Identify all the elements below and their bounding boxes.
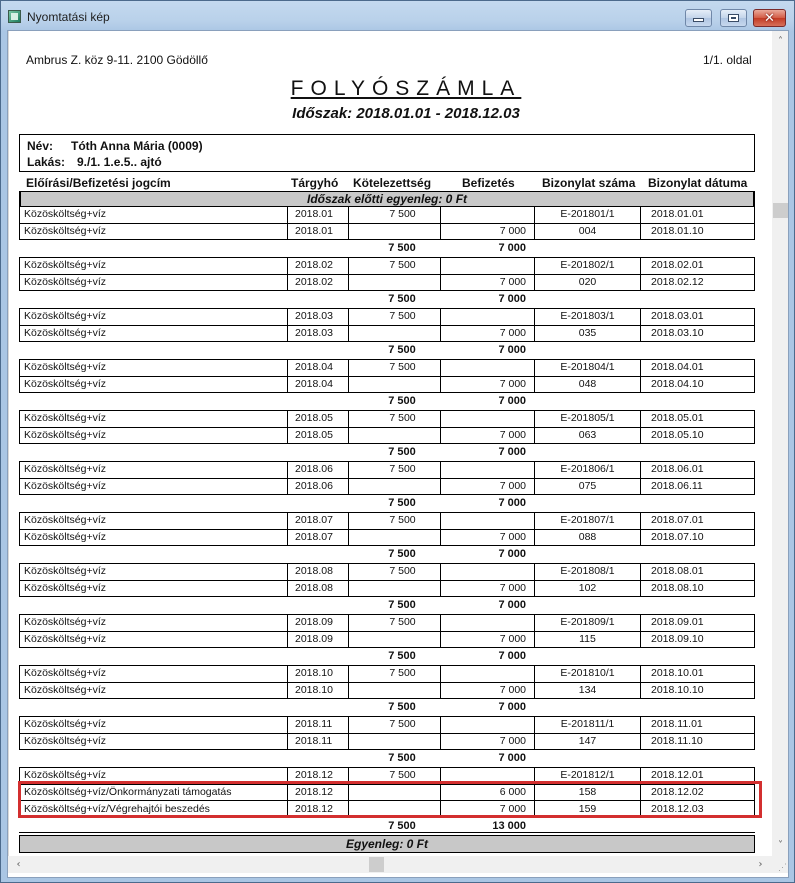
horizontal-scrollbar[interactable]: ‹ › [8, 856, 772, 873]
cell-payment: 7 000 [440, 478, 534, 495]
subtotal-row: 7 5007 000 [19, 699, 755, 716]
cell-obligation: 7 500 [348, 767, 440, 785]
column-header-month: Tárgyhó [291, 176, 338, 190]
cell-payment [440, 767, 534, 785]
minimize-icon [693, 18, 704, 22]
maximize-icon [728, 14, 739, 22]
cell-title: Közösköltség+víz [19, 665, 287, 683]
cell-title: Közösköltség+víz [19, 461, 287, 479]
app-icon [8, 10, 21, 23]
scroll-right-icon[interactable]: › [752, 856, 769, 873]
subtotal-obligation: 7 500 [348, 750, 440, 766]
page-indicator: 1/1. oldal [703, 53, 752, 67]
cell-month: 2018.02 [287, 257, 348, 275]
cell-month: 2018.01 [287, 223, 348, 240]
cell-month: 2018.08 [287, 563, 348, 581]
cell-payment [440, 308, 534, 326]
cell-month: 2018.05 [287, 427, 348, 444]
cell-doc-no: 159 [534, 801, 640, 818]
cell-title: Közösköltség+víz [19, 614, 287, 632]
cell-doc-date: 2018.09.01 [640, 614, 755, 632]
cell-doc-no: 075 [534, 478, 640, 495]
cell-doc-no: E-201808/1 [534, 563, 640, 581]
table-row: Közösköltség+víz2018.067 0000752018.06.1… [19, 478, 755, 495]
table-row: Közösköltség+víz2018.097 0001152018.09.1… [19, 631, 755, 648]
cell-obligation [348, 223, 440, 240]
cell-payment: 7 000 [440, 733, 534, 750]
subtotal-row: 7 5007 000 [19, 648, 755, 665]
cell-doc-date: 2018.03.10 [640, 325, 755, 342]
table-row: Közösköltség+víz2018.017 0000042018.01.1… [19, 223, 755, 240]
cell-payment: 7 000 [440, 529, 534, 546]
cell-title: Közösköltség+víz [19, 427, 287, 444]
subtotal-obligation: 7 500 [348, 393, 440, 409]
subtotal-payment: 7 000 [440, 699, 534, 715]
cell-title: Közösköltség+víz [19, 563, 287, 581]
cell-month: 2018.11 [287, 716, 348, 734]
cell-doc-date: 2018.01.01 [640, 206, 755, 224]
table-row: Közösköltség+víz2018.097 500E-201809/120… [19, 614, 755, 631]
cell-doc-date: 2018.09.10 [640, 631, 755, 648]
cell-payment [440, 563, 534, 581]
cell-doc-no: E-201801/1 [534, 206, 640, 224]
closing-balance-band: Egyenleg: 0 Ft [19, 835, 755, 853]
cell-month: 2018.04 [287, 376, 348, 393]
cell-doc-no: E-201803/1 [534, 308, 640, 326]
cell-doc-no: 004 [534, 223, 640, 240]
cell-title: Közösköltség+víz [19, 512, 287, 530]
cell-obligation [348, 580, 440, 597]
cell-obligation [348, 376, 440, 393]
name-line: Név:Tóth Anna Mária (0009) [27, 139, 203, 153]
table-row: Közösköltség+víz2018.117 0001472018.11.1… [19, 733, 755, 750]
cell-payment [440, 512, 534, 530]
cell-month: 2018.12 [287, 767, 348, 785]
cell-doc-date: 2018.04.10 [640, 376, 755, 393]
flat-label: Lakás: [27, 155, 77, 169]
subtotal-obligation: 7 500 [348, 699, 440, 715]
table-row: Közösköltség+víz2018.077 500E-201807/120… [19, 512, 755, 529]
table-row: Közösköltség+víz2018.107 500E-201810/120… [19, 665, 755, 682]
cell-doc-date: 2018.02.12 [640, 274, 755, 291]
column-header-obligation: Kötelezettség [353, 176, 431, 190]
subtotal-obligation: 7 500 [348, 291, 440, 307]
maximize-button[interactable] [720, 9, 747, 27]
subtotal-payment: 7 000 [440, 648, 534, 664]
size-grip[interactable] [772, 856, 789, 873]
cell-doc-date: 2018.03.01 [640, 308, 755, 326]
cell-title: Közösköltség+víz [19, 206, 287, 224]
cell-title: Közösköltség+víz [19, 631, 287, 648]
subtotal-obligation: 7 500 [348, 546, 440, 562]
cell-obligation: 7 500 [348, 512, 440, 530]
cell-payment [440, 410, 534, 428]
cell-obligation [348, 631, 440, 648]
cell-month: 2018.10 [287, 665, 348, 683]
subtotal-obligation: 7 500 [348, 342, 440, 358]
report-title: FOLYÓSZÁMLA [9, 77, 773, 101]
subtotal-row: 7 5007 000 [19, 291, 755, 308]
cell-payment: 7 000 [440, 427, 534, 444]
scroll-up-icon[interactable]: ˄ [772, 33, 789, 50]
cell-month: 2018.05 [287, 410, 348, 428]
flat-value: 9./1. 1.e.5.. ajtó [77, 155, 162, 169]
cell-month: 2018.12 [287, 801, 348, 818]
window-title: Nyomtatási kép [27, 10, 110, 24]
subtotal-payment: 7 000 [440, 342, 534, 358]
cell-doc-no: 158 [534, 784, 640, 801]
cell-doc-no: E-201807/1 [534, 512, 640, 530]
horizontal-scroll-thumb[interactable] [369, 857, 384, 872]
cell-obligation [348, 427, 440, 444]
subtotal-row: 7 5007 000 [19, 444, 755, 461]
cell-doc-date: 2018.04.01 [640, 359, 755, 377]
cell-doc-date: 2018.11.01 [640, 716, 755, 734]
cell-doc-no: 102 [534, 580, 640, 597]
cell-title: Közösköltség+víz [19, 257, 287, 275]
close-button[interactable]: ✕ [753, 9, 786, 27]
cell-doc-no: E-201810/1 [534, 665, 640, 683]
vertical-scrollbar[interactable]: ˄ ˅ [772, 31, 789, 856]
table-row: Közösköltség+víz/Végrehajtói beszedés201… [19, 801, 755, 818]
table-row: Közösköltség+víz2018.027 0000202018.02.1… [19, 274, 755, 291]
cell-obligation: 7 500 [348, 410, 440, 428]
table-row: Közösköltség+víz2018.017 500E-201801/120… [19, 206, 755, 223]
title-bar[interactable]: Nyomtatási kép ✕ [1, 1, 794, 32]
report-page: Ambrus Z. köz 9-11. 2100 Gödöllő 1/1. ol… [8, 31, 773, 856]
subtotal-payment: 7 000 [440, 750, 534, 766]
cell-doc-date: 2018.06.11 [640, 478, 755, 495]
cell-doc-no: 134 [534, 682, 640, 699]
cell-month: 2018.07 [287, 529, 348, 546]
cell-month: 2018.01 [287, 206, 348, 224]
cell-doc-no: E-201805/1 [534, 410, 640, 428]
table-row: Közösköltség+víz2018.087 0001022018.08.1… [19, 580, 755, 597]
subtotal-row: 7 5007 000 [19, 240, 755, 257]
cell-obligation [348, 733, 440, 750]
subtotal-payment: 7 000 [440, 444, 534, 460]
subtotal-payment: 7 000 [440, 597, 534, 613]
subtotal-row: 7 5007 000 [19, 546, 755, 563]
cell-doc-no: 048 [534, 376, 640, 393]
cell-obligation [348, 325, 440, 342]
scroll-down-icon[interactable]: ˅ [772, 837, 789, 854]
cell-doc-date: 2018.10.10 [640, 682, 755, 699]
table-row: Közösköltség+víz2018.057 500E-201805/120… [19, 410, 755, 427]
subtotal-obligation: 7 500 [348, 495, 440, 511]
column-header-doc-no: Bizonylat száma [542, 176, 635, 190]
cell-doc-no: E-201806/1 [534, 461, 640, 479]
address: Ambrus Z. köz 9-11. 2100 Gödöllő [26, 53, 208, 67]
cell-doc-date: 2018.08.01 [640, 563, 755, 581]
cell-doc-no: E-201812/1 [534, 767, 640, 785]
person-info-box: Név:Tóth Anna Mária (0009) Lakás:9./1. 1… [19, 134, 755, 172]
cell-doc-no: E-201804/1 [534, 359, 640, 377]
subtotal-payment: 7 000 [440, 291, 534, 307]
cell-month: 2018.03 [287, 325, 348, 342]
cell-obligation [348, 274, 440, 291]
table-row: Közösköltség+víz2018.027 500E-201802/120… [19, 257, 755, 274]
cell-month: 2018.09 [287, 614, 348, 632]
cell-doc-no: 063 [534, 427, 640, 444]
cell-doc-date: 2018.02.01 [640, 257, 755, 275]
cell-payment: 6 000 [440, 784, 534, 801]
cell-doc-date: 2018.08.10 [640, 580, 755, 597]
table-row: Közösköltség+víz2018.047 0000482018.04.1… [19, 376, 755, 393]
ledger-rows: Közösköltség+víz2018.017 500E-201801/120… [19, 206, 755, 835]
column-header-doc-date: Bizonylat dátuma [648, 176, 747, 190]
cell-obligation: 7 500 [348, 614, 440, 632]
subtotal-row: 7 5007 000 [19, 393, 755, 410]
cell-month: 2018.10 [287, 682, 348, 699]
cell-title: Közösköltség+víz [19, 580, 287, 597]
minimize-button[interactable] [685, 9, 712, 27]
cell-payment [440, 716, 534, 734]
cell-title: Közösköltség+víz [19, 733, 287, 750]
opening-balance-band: Időszak előtti egyenleg: 0 Ft [19, 191, 755, 207]
name-label: Név: [27, 139, 71, 153]
cell-payment [440, 206, 534, 224]
cell-payment: 7 000 [440, 580, 534, 597]
table-row: Közösköltség+víz2018.037 500E-201803/120… [19, 308, 755, 325]
cell-month: 2018.07 [287, 512, 348, 530]
cell-title: Közösköltség+víz [19, 325, 287, 342]
cell-title: Közösköltség+víz [19, 308, 287, 326]
cell-payment [440, 359, 534, 377]
cell-title: Közösköltség+víz [19, 716, 287, 734]
cell-payment [440, 257, 534, 275]
cell-doc-date: 2018.07.01 [640, 512, 755, 530]
cell-obligation [348, 478, 440, 495]
subtotal-payment: 7 000 [440, 240, 534, 256]
subtotal-row: 7 5007 000 [19, 495, 755, 512]
preview-area: Ambrus Z. köz 9-11. 2100 Gödöllő 1/1. ol… [7, 30, 789, 878]
cell-doc-date: 2018.05.01 [640, 410, 755, 428]
table-row: Közösköltség+víz2018.077 0000882018.07.1… [19, 529, 755, 546]
cell-doc-date: 2018.12.02 [640, 784, 755, 801]
cell-title: Közösköltség+víz/Önkormányzati támogatás [19, 784, 287, 801]
subtotal-row: 7 5007 000 [19, 750, 755, 767]
cell-month: 2018.02 [287, 274, 348, 291]
cell-title: Közösköltség+víz [19, 478, 287, 495]
cell-doc-no: 088 [534, 529, 640, 546]
cell-doc-date: 2018.07.10 [640, 529, 755, 546]
subtotal-row: 7 5007 000 [19, 597, 755, 614]
cell-month: 2018.09 [287, 631, 348, 648]
cell-obligation: 7 500 [348, 563, 440, 581]
close-icon: ✕ [764, 12, 775, 25]
cell-obligation: 7 500 [348, 257, 440, 275]
table-row: Közösköltség+víz/Önkormányzati támogatás… [19, 784, 755, 801]
column-header-title: Előírási/Befizetési jogcím [26, 176, 171, 190]
cell-obligation: 7 500 [348, 665, 440, 683]
cell-month: 2018.06 [287, 478, 348, 495]
cell-payment: 7 000 [440, 223, 534, 240]
cell-doc-date: 2018.05.10 [640, 427, 755, 444]
vertical-scroll-thumb[interactable] [773, 203, 788, 218]
table-row: Közösköltség+víz2018.057 0000632018.05.1… [19, 427, 755, 444]
cell-doc-no: E-201811/1 [534, 716, 640, 734]
subtotal-row: 7 5007 000 [19, 342, 755, 359]
cell-doc-date: 2018.06.01 [640, 461, 755, 479]
cell-title: Közösköltség+víz [19, 529, 287, 546]
cell-month: 2018.11 [287, 733, 348, 750]
cell-doc-no: 020 [534, 274, 640, 291]
cell-title: Közösköltség+víz [19, 410, 287, 428]
cell-month: 2018.08 [287, 580, 348, 597]
cell-obligation: 7 500 [348, 461, 440, 479]
table-row: Közösköltség+víz2018.127 500E-201812/120… [19, 767, 755, 784]
cell-title: Közösköltség+víz [19, 376, 287, 393]
cell-obligation [348, 529, 440, 546]
subtotal-payment: 7 000 [440, 393, 534, 409]
cell-doc-no: E-201802/1 [534, 257, 640, 275]
subtotal-payment: 7 000 [440, 546, 534, 562]
cell-doc-date: 2018.12.03 [640, 801, 755, 818]
cell-title: Közösköltség+víz/Végrehajtói beszedés [19, 801, 287, 818]
cell-payment: 7 000 [440, 376, 534, 393]
cell-title: Közösköltség+víz [19, 223, 287, 240]
cell-title: Közösköltség+víz [19, 359, 287, 377]
table-row: Közösköltség+víz2018.067 500E-201806/120… [19, 461, 755, 478]
cell-title: Közösköltség+víz [19, 274, 287, 291]
cell-doc-date: 2018.10.01 [640, 665, 755, 683]
cell-doc-no: 035 [534, 325, 640, 342]
table-row: Közösköltség+víz2018.047 500E-201804/120… [19, 359, 755, 376]
cell-doc-no: E-201809/1 [534, 614, 640, 632]
subtotal-obligation: 7 500 [348, 444, 440, 460]
cell-month: 2018.06 [287, 461, 348, 479]
cell-obligation: 7 500 [348, 716, 440, 734]
cell-doc-date: 2018.11.10 [640, 733, 755, 750]
cell-doc-no: 147 [534, 733, 640, 750]
table-row: Közösköltség+víz2018.087 500E-201808/120… [19, 563, 755, 580]
name-value: Tóth Anna Mária (0009) [71, 139, 203, 153]
cell-payment: 7 000 [440, 682, 534, 699]
cell-obligation: 7 500 [348, 359, 440, 377]
cell-title: Közösköltség+víz [19, 767, 287, 785]
cell-payment: 7 000 [440, 631, 534, 648]
cell-payment [440, 461, 534, 479]
cell-doc-no: 115 [534, 631, 640, 648]
cell-payment [440, 614, 534, 632]
scroll-left-icon[interactable]: ‹ [10, 856, 27, 873]
cell-payment: 7 000 [440, 274, 534, 291]
cell-month: 2018.12 [287, 784, 348, 801]
cell-obligation: 7 500 [348, 206, 440, 224]
flat-line: Lakás:9./1. 1.e.5.. ajtó [27, 155, 162, 169]
subtotal-payment: 7 000 [440, 495, 534, 511]
table-row: Közösköltség+víz2018.107 0001342018.10.1… [19, 682, 755, 699]
subtotal-obligation: 7 500 [348, 240, 440, 256]
cell-obligation: 7 500 [348, 308, 440, 326]
table-row: Közösköltség+víz2018.037 0000352018.03.1… [19, 325, 755, 342]
cell-doc-date: 2018.01.10 [640, 223, 755, 240]
cell-obligation [348, 784, 440, 801]
cell-payment: 7 000 [440, 325, 534, 342]
column-header-payment: Befizetés [462, 176, 515, 190]
cell-month: 2018.03 [287, 308, 348, 326]
cell-doc-date: 2018.12.01 [640, 767, 755, 785]
cell-obligation [348, 682, 440, 699]
print-preview-window: Nyomtatási kép ✕ Ambrus Z. köz 9-11. 210… [0, 0, 795, 883]
subtotal-obligation: 7 500 [348, 597, 440, 613]
report-period: Időszak: 2018.01.01 - 2018.12.03 [9, 105, 773, 122]
cell-payment [440, 665, 534, 683]
subtotal-obligation: 7 500 [348, 648, 440, 664]
cell-payment: 7 000 [440, 801, 534, 818]
cell-obligation [348, 801, 440, 818]
table-row: Közösköltség+víz2018.117 500E-201811/120… [19, 716, 755, 733]
cell-title: Közösköltség+víz [19, 682, 287, 699]
cell-month: 2018.04 [287, 359, 348, 377]
